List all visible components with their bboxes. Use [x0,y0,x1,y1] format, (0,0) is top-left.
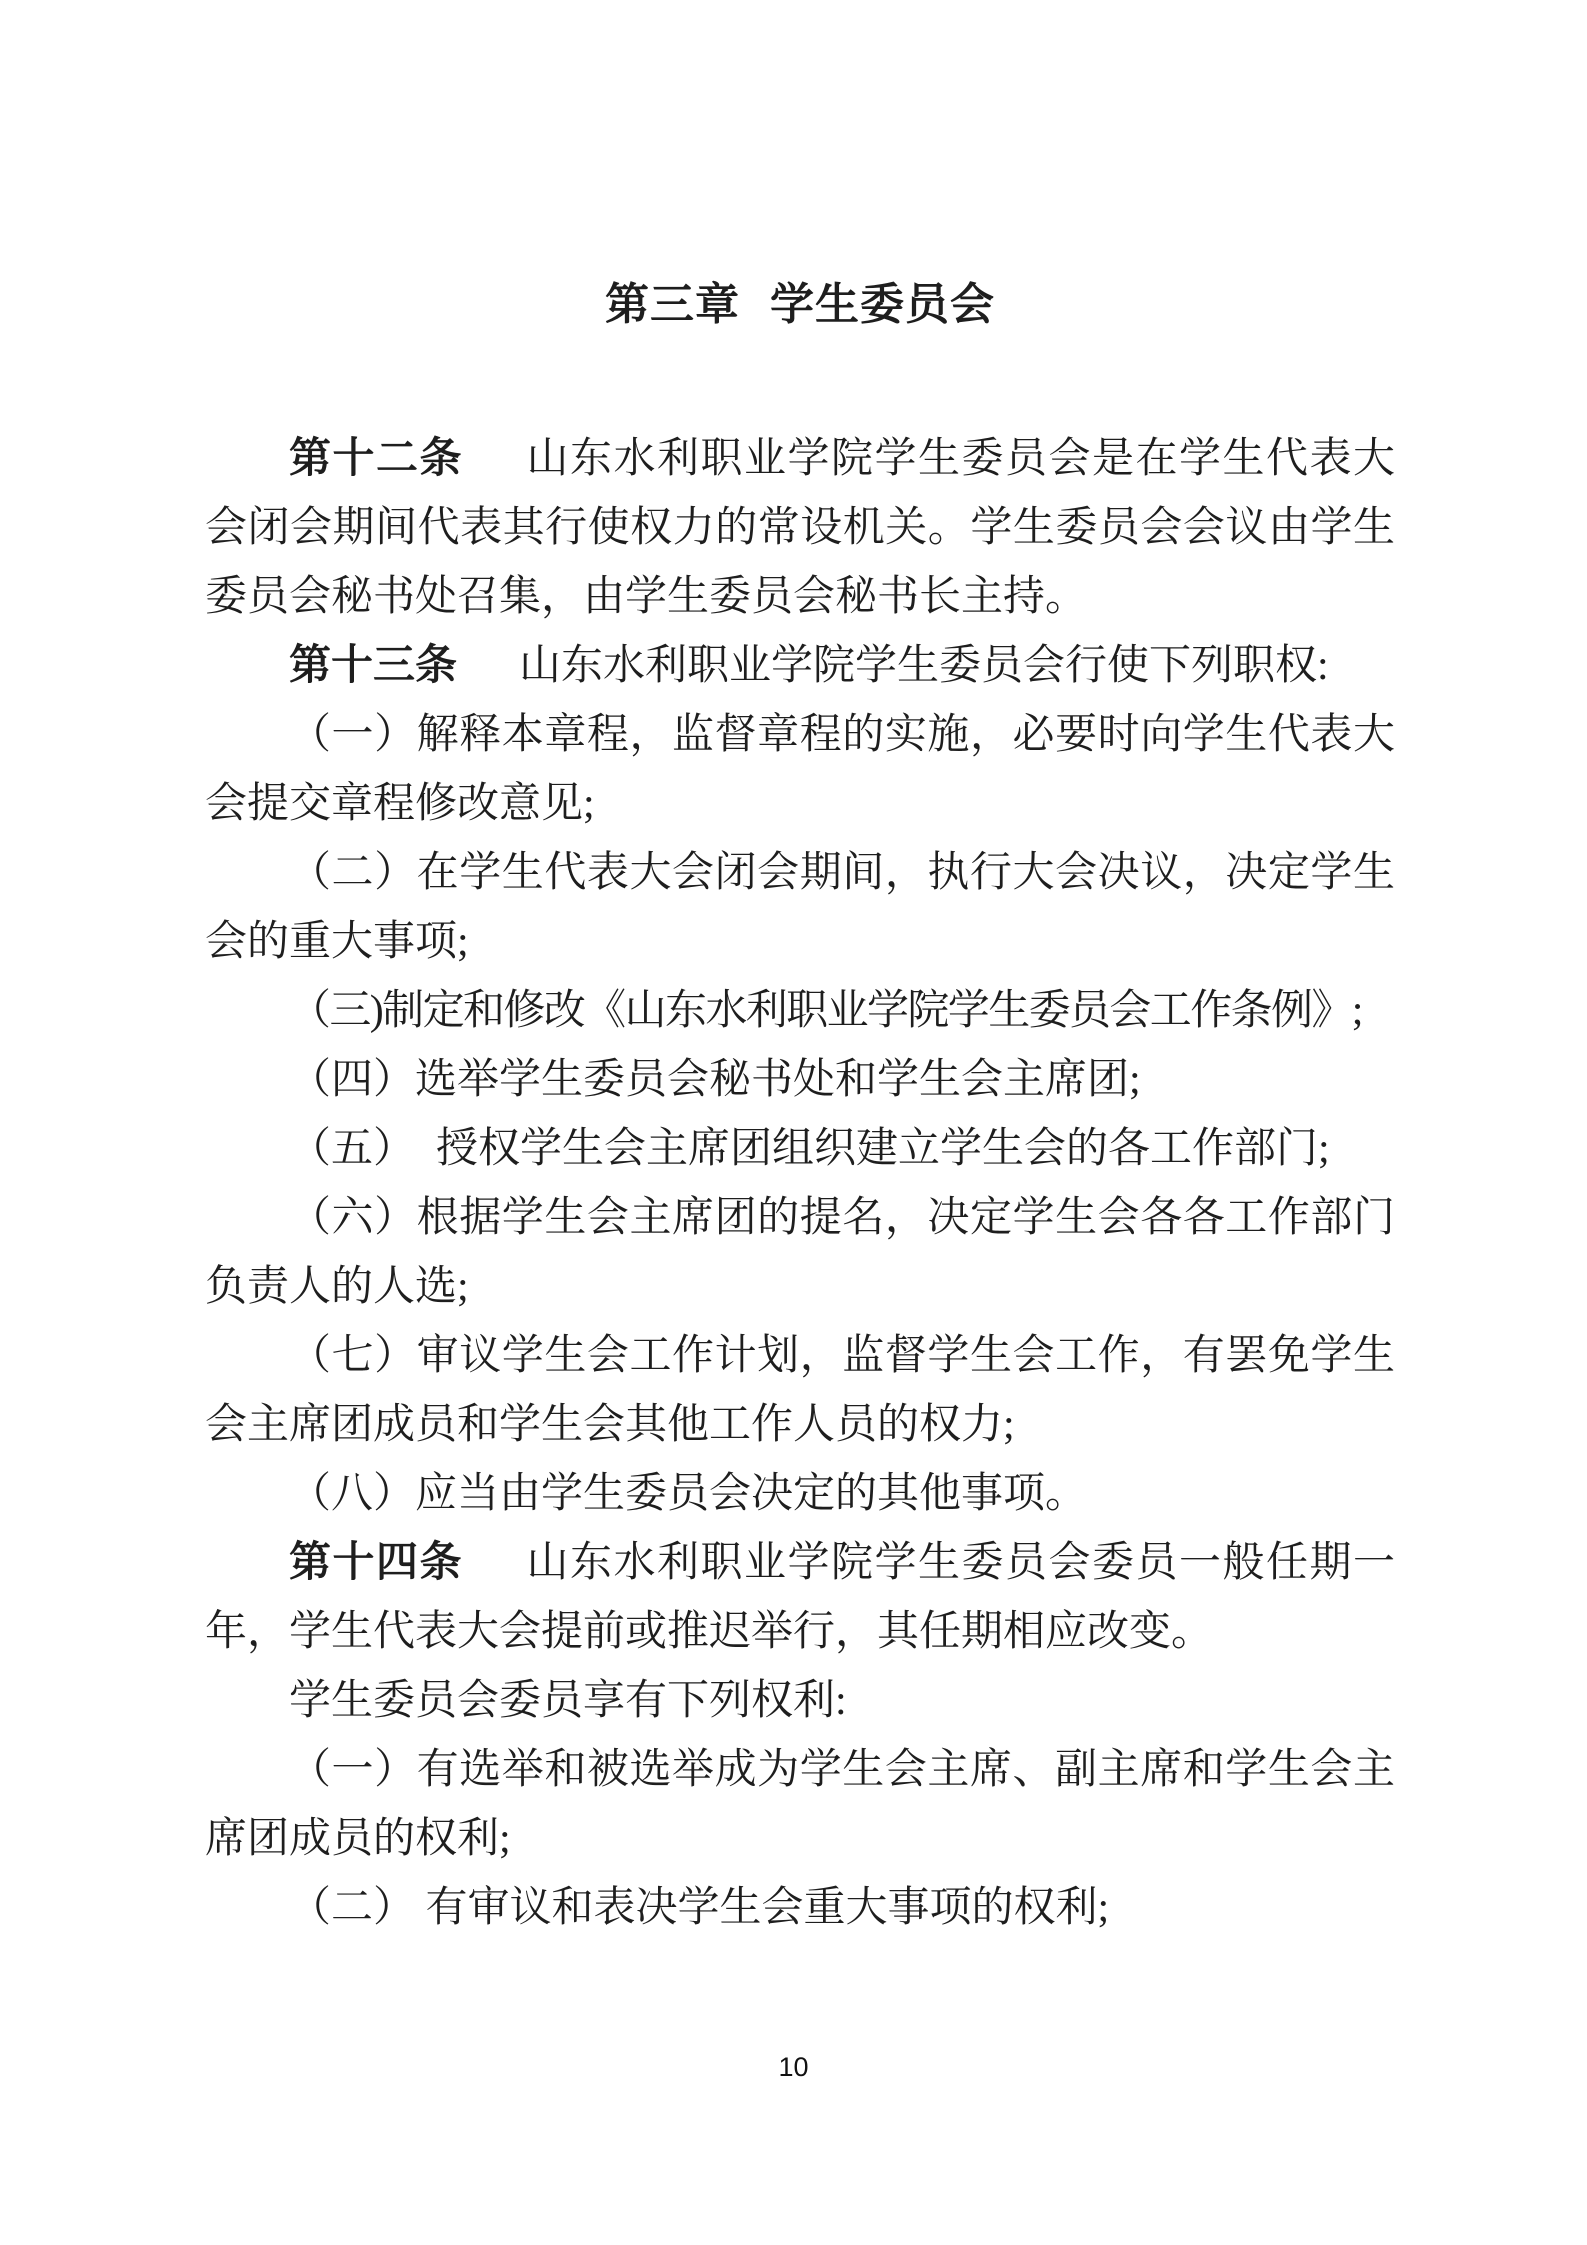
paragraph-text: （一）有选举和被选举成为学生会主席、副主席和学生会主席团成员的权利; [205,1747,1395,1862]
article-number: 第十二条 [289,436,463,482]
paragraph: （一）有选举和被选举成为学生会主席、副主席和学生会主席团成员的权利; [205,1736,1395,1874]
article-number: 第十四条 [289,1540,463,1586]
paragraph: （三)制定和修改《山东水利职业学院学生委员会工作条例》; [205,977,1395,1046]
page-number: 10 [0,2052,1587,2082]
paragraph: （五） 授权学生会主席团组织建立学生会的各工作部门; [205,1115,1395,1184]
paragraph: （四）选举学生委员会秘书处和学生会主席团; [205,1046,1395,1115]
paragraph-text: （六）根据学生会主席团的提名，决定学生会各各工作部门负责人的人选; [205,1195,1395,1310]
paragraph: （七）审议学生会工作计划，监督学生会工作，有罢免学生会主席团成员和学生会其他工作… [205,1322,1395,1460]
document-body: 第十二条 山东水利职业学院学生委员会是在学生代表大会闭会期间代表其行使权力的常设… [205,425,1395,1943]
paragraph-text: （二）在学生代表大会闭会期间，执行大会决议，决定学生会的重大事项; [205,850,1395,965]
paragraph-text: （八）应当由学生委员会决定的其他事项。 [289,1471,1087,1517]
paragraph-text: （四）选举学生委员会秘书处和学生会主席团; [289,1057,1141,1103]
paragraph: 学生委员会委员享有下列权利: [205,1667,1395,1736]
document-page: 第三章 学生委员会 第十二条 山东水利职业学院学生委员会是在学生代表大会闭会期间… [0,0,1587,2245]
paragraph-text: 学生委员会委员享有下列权利: [289,1678,847,1724]
paragraph-text: （三)制定和修改《山东水利职业学院学生委员会工作条例》; [289,988,1362,1034]
paragraph-text: （七）审议学生会工作计划，监督学生会工作，有罢免学生会主席团成员和学生会其他工作… [205,1333,1395,1448]
paragraph: 第十四条 山东水利职业学院学生委员会委员一般任期一年，学生代表大会提前或推迟举行… [205,1529,1395,1667]
paragraph: （八）应当由学生委员会决定的其他事项。 [205,1460,1395,1529]
paragraph: 第十三条 山东水利职业学院学生委员会行使下列职权: [205,632,1395,701]
paragraph-text: （二） 有审议和表决学生会重大事项的权利; [289,1885,1109,1931]
paragraph: （一）解释本章程，监督章程的实施，必要时向学生代表大会提交章程修改意见; [205,701,1395,839]
article-number: 第十三条 [289,643,457,689]
paragraph-text: （五） 授权学生会主席团组织建立学生会的各工作部门; [289,1126,1330,1172]
paragraph: （二） 有审议和表决学生会重大事项的权利; [205,1874,1395,1943]
paragraph: 第十二条 山东水利职业学院学生委员会是在学生代表大会闭会期间代表其行使权力的常设… [205,425,1395,632]
paragraph-text: （一）解释本章程，监督章程的实施，必要时向学生代表大会提交章程修改意见; [205,712,1395,827]
paragraph-text: 山东水利职业学院学生委员会行使下列职权: [477,643,1329,689]
paragraph: （六）根据学生会主席团的提名，决定学生会各各工作部门负责人的人选; [205,1184,1395,1322]
chapter-title: 第三章 学生委员会 [205,270,1395,340]
paragraph: （二）在学生代表大会闭会期间，执行大会决议，决定学生会的重大事项; [205,839,1395,977]
